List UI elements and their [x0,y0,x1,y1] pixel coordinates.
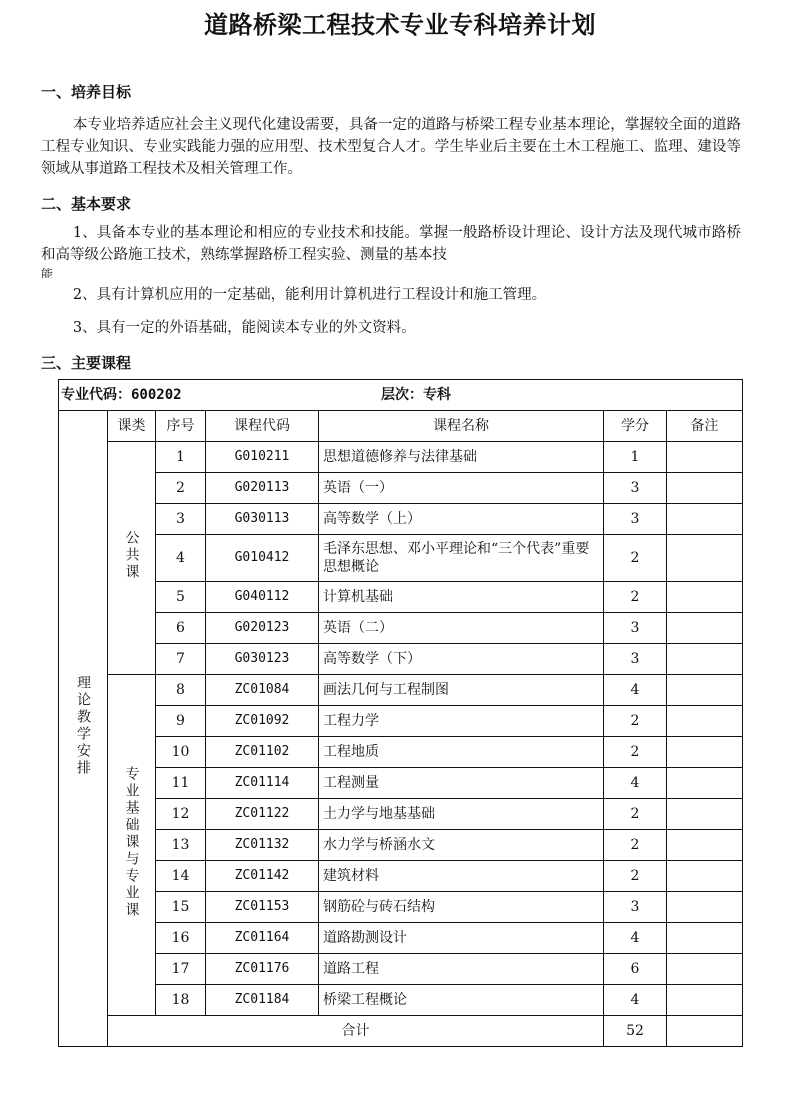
requirement-3: 3、具有一定的外语基础，能阅读本专业的外文资料。 [41,317,741,339]
row-credits: 4 [604,675,667,706]
table-row: 13 ZC01132 水力学与桥涵水文 2 [59,830,743,861]
table-row: 14 ZC01142 建筑材料 2 [59,861,743,892]
row-seq: 14 [156,861,206,892]
row-code: G040112 [206,582,319,613]
table-row: 17 ZC01176 道路工程 6 [59,954,743,985]
row-seq: 9 [156,706,206,737]
row-remarks [667,768,743,799]
header-category: 课类 [108,411,156,442]
row-credits: 3 [604,892,667,923]
level: 层次：专科 [381,387,451,403]
row-seq: 3 [156,504,206,535]
row-credits: 2 [604,737,667,768]
row-credits: 2 [604,535,667,582]
table-row: 10 ZC01102 工程地质 2 [59,737,743,768]
major-code: 专业代码：600202 [59,386,381,404]
row-code: ZC01184 [206,985,319,1016]
row-seq: 12 [156,799,206,830]
row-credits: 2 [604,799,667,830]
row-code: ZC01092 [206,706,319,737]
requirement-2: 2、具有计算机应用的一定基础，能利用计算机进行工程设计和施工管理。 [41,284,741,306]
header-credits: 学分 [604,411,667,442]
header-remarks: 备注 [667,411,743,442]
document-title: 道路桥梁工程技术专业专科培养计划 [0,8,800,42]
row-remarks [667,830,743,861]
row-credits: 2 [604,706,667,737]
row-seq: 5 [156,582,206,613]
table-row: 专业基础课与专业课 8 ZC01084 画法几何与工程制图 4 [59,675,743,706]
row-remarks [667,892,743,923]
row-code: G010412 [206,535,319,582]
table-row: 7 G030123 高等数学（下） 3 [59,644,743,675]
row-seq: 4 [156,535,206,582]
table-row: 9 ZC01092 工程力学 2 [59,706,743,737]
row-code: ZC01084 [206,675,319,706]
row-remarks [667,535,743,582]
row-credits: 4 [604,768,667,799]
row-seq: 7 [156,644,206,675]
row-seq: 2 [156,473,206,504]
row-remarks [667,954,743,985]
row-code: G020123 [206,613,319,644]
row-code: ZC01114 [206,768,319,799]
row-name: 英语（一） [319,473,604,504]
header-seq: 序号 [156,411,206,442]
row-name: 水力学与桥涵水文 [319,830,604,861]
table-row: 18 ZC01184 桥梁工程概论 4 [59,985,743,1016]
row-name: 工程测量 [319,768,604,799]
row-remarks [667,582,743,613]
row-credits: 2 [604,861,667,892]
row-name: 计算机基础 [319,582,604,613]
course-table: 专业代码：600202层次：专科 理论教学安排 课类 序号 课程代码 课程名称 … [58,379,743,1047]
table-header-row: 理论教学安排 课类 序号 课程代码 课程名称 学分 备注 [59,411,743,442]
row-code: ZC01122 [206,799,319,830]
row-name: 道路勘测设计 [319,923,604,954]
row-code: ZC01142 [206,861,319,892]
row-seq: 6 [156,613,206,644]
header-name: 课程名称 [319,411,604,442]
row-code: G020113 [206,473,319,504]
header-code: 课程代码 [206,411,319,442]
row-seq: 15 [156,892,206,923]
row-remarks [667,504,743,535]
table-row: 16 ZC01164 道路勘测设计 4 [59,923,743,954]
row-seq: 1 [156,442,206,473]
row-remarks [667,706,743,737]
group-public-label: 公共课 [123,530,141,581]
row-name: 毛泽东思想、邓小平理论和“三个代表”重要思想概论 [319,535,604,582]
table-row: 3 G030113 高等数学（上） 3 [59,504,743,535]
total-row: 合计 52 [59,1016,743,1047]
section-heading-courses: 三、主要课程 [41,353,131,373]
row-remarks [667,644,743,675]
group-major-cell: 专业基础课与专业课 [108,675,156,1016]
row-code: ZC01132 [206,830,319,861]
objectives-paragraph: 本专业培养适应社会主义现代化建设需要，具备一定的道路与桥梁工程专业基本理论，掌握… [41,114,741,180]
table-row: 11 ZC01114 工程测量 4 [59,768,743,799]
row-remarks [667,737,743,768]
row-remarks [667,923,743,954]
row-credits: 2 [604,830,667,861]
row-seq: 8 [156,675,206,706]
row-seq: 17 [156,954,206,985]
row-name: 桥梁工程概论 [319,985,604,1016]
row-credits: 6 [604,954,667,985]
row-code: ZC01176 [206,954,319,985]
row-credits: 4 [604,985,667,1016]
row-remarks [667,799,743,830]
total-label: 合计 [108,1016,604,1047]
row-remarks [667,613,743,644]
row-remarks [667,473,743,504]
total-remarks [667,1016,743,1047]
requirement-1-clipped-tail: 能 [41,266,53,278]
row-code: G030113 [206,504,319,535]
row-name: 道路工程 [319,954,604,985]
row-credits: 3 [604,644,667,675]
row-credits: 4 [604,923,667,954]
row-seq: 11 [156,768,206,799]
table-row: 12 ZC01122 土力学与地基基础 2 [59,799,743,830]
row-seq: 16 [156,923,206,954]
table-row: 15 ZC01153 钢筋砼与砖石结构 3 [59,892,743,923]
row-credits: 1 [604,442,667,473]
total-credits: 52 [604,1016,667,1047]
outer-group-cell: 理论教学安排 [59,411,108,1047]
row-seq: 13 [156,830,206,861]
row-seq: 10 [156,737,206,768]
row-code: ZC01153 [206,892,319,923]
table-row: 5 G040112 计算机基础 2 [59,582,743,613]
row-remarks [667,675,743,706]
row-name: 高等数学（下） [319,644,604,675]
row-credits: 3 [604,613,667,644]
row-remarks [667,442,743,473]
requirement-1: 1、具备本专业的基本理论和相应的专业技术和技能。掌握一般路桥设计理论、设计方法及… [41,222,741,266]
row-credits: 2 [604,582,667,613]
row-remarks [667,985,743,1016]
row-name: 画法几何与工程制图 [319,675,604,706]
table-row: 公共课 1 G010211 思想道德修养与法律基础 1 [59,442,743,473]
table-meta-row: 专业代码：600202层次：专科 [59,380,743,411]
row-name: 英语（二） [319,613,604,644]
row-name: 土力学与地基基础 [319,799,604,830]
section-heading-requirements: 二、基本要求 [41,194,131,214]
row-credits: 3 [604,504,667,535]
row-code: ZC01164 [206,923,319,954]
table-row: 2 G020113 英语（一） 3 [59,473,743,504]
row-code: G010211 [206,442,319,473]
row-seq: 18 [156,985,206,1016]
row-name: 思想道德修养与法律基础 [319,442,604,473]
row-remarks [667,861,743,892]
row-name: 建筑材料 [319,861,604,892]
group-major-label: 专业基础课与专业课 [123,766,141,919]
section-heading-objectives: 一、培养目标 [41,82,131,102]
group-public-cell: 公共课 [108,442,156,675]
row-name: 钢筋砼与砖石结构 [319,892,604,923]
table-row: 4 G010412 毛泽东思想、邓小平理论和“三个代表”重要思想概论 2 [59,535,743,582]
row-code: ZC01102 [206,737,319,768]
row-name: 工程力学 [319,706,604,737]
row-credits: 3 [604,473,667,504]
outer-group-label: 理论教学安排 [74,675,92,777]
table-row: 6 G020123 英语（二） 3 [59,613,743,644]
row-code: G030123 [206,644,319,675]
row-name: 高等数学（上） [319,504,604,535]
row-name: 工程地质 [319,737,604,768]
